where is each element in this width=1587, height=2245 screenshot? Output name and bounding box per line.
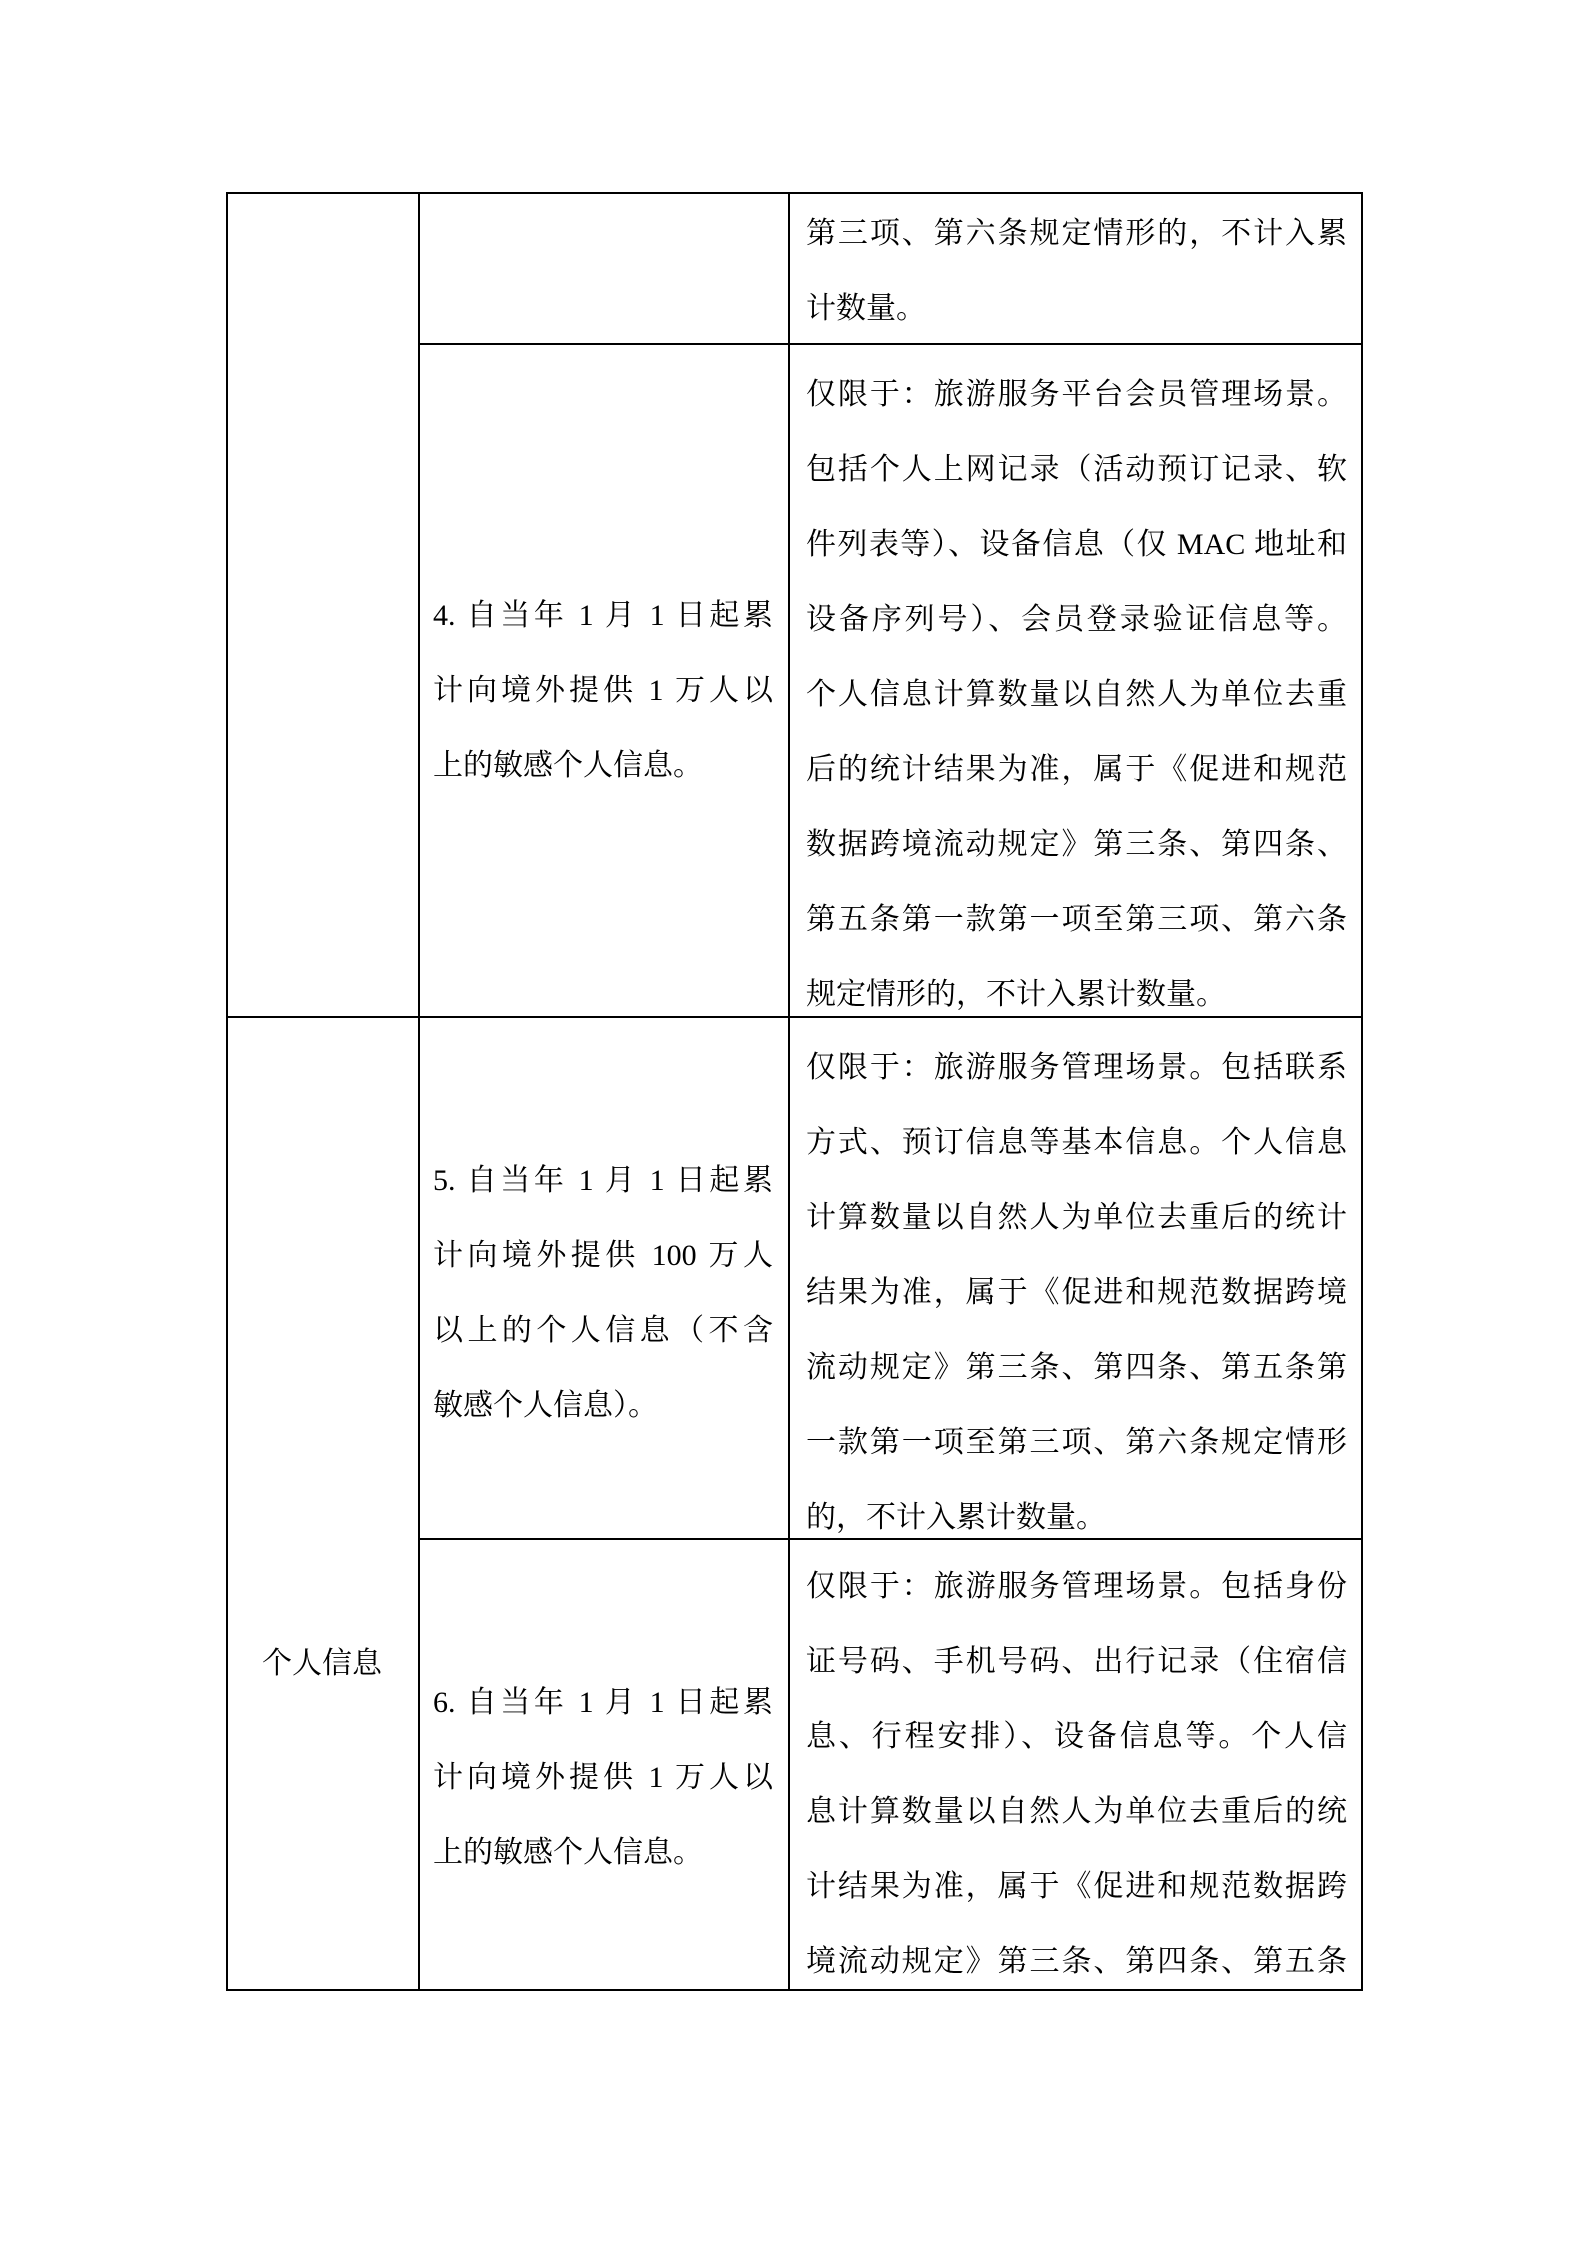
cell-row3-col3: 仅限于：旅游服务管理场景。包括联系 方式、预订信息等基本信息。个人信息 计算数量… [806, 1030, 1347, 1555]
cell-line: 仅限于：旅游服务管理场景。包括联系 [806, 1030, 1347, 1105]
cell-row2-col3: 仅限于：旅游服务平台会员管理场景。 包括个人上网记录（活动预订记录、软 件列表等… [806, 357, 1347, 1032]
cell-line: 第五条第一款第一项至第三项、第六条 [806, 882, 1347, 957]
cell-line: 计数量。 [806, 271, 1347, 346]
cell-line: 规定情形的，不计入累计数量。 [806, 957, 1347, 1032]
cell-line: 证号码、手机号码、出行记录（住宿信 [806, 1624, 1347, 1699]
cell-line: 后的统计结果为准，属于《促进和规范 [806, 732, 1347, 807]
cell-line: 包括个人上网记录（活动预订记录、软 [806, 432, 1347, 507]
cell-line: 方式、预订信息等基本信息。个人信息 [806, 1105, 1347, 1180]
cell-line: 结果为准，属于《促进和规范数据跨境 [806, 1255, 1347, 1330]
table-border-left [226, 192, 228, 1991]
cell-line: 计向境外提供 1 万人以 [433, 653, 773, 728]
cell-line: 计向境外提供 100 万人 [433, 1218, 773, 1293]
cell-line: 以上的个人信息（不含 [433, 1293, 773, 1368]
cell-line: 息计算数量以自然人为单位去重后的统 [806, 1774, 1347, 1849]
cell-row4-col3: 仅限于：旅游服务管理场景。包括身份 证号码、手机号码、出行记录（住宿信 息、行程… [806, 1549, 1347, 1999]
cell-line: 敏感个人信息）。 [433, 1368, 773, 1443]
cell-line: 数据跨境流动规定》第三条、第四条、 [806, 807, 1347, 882]
cell-line: 上的敏感个人信息。 [433, 1815, 773, 1890]
cell-line: 件列表等）、设备信息（仅 MAC 地址和 [806, 507, 1347, 582]
cell-line: 4. 自当年 1 月 1 日起累 [433, 578, 773, 653]
table-border-col2-col3 [788, 192, 790, 1991]
cell-line: 计向境外提供 1 万人以 [433, 1740, 773, 1815]
cell-line: 仅限于：旅游服务管理场景。包括身份 [806, 1549, 1347, 1624]
table-border-right [1361, 192, 1363, 1991]
cell-line: 的，不计入累计数量。 [806, 1480, 1347, 1555]
cell-line: 境流动规定》第三条、第四条、第五条 [806, 1924, 1347, 1999]
cell-line: 个人信息计算数量以自然人为单位去重 [806, 657, 1347, 732]
cell-line: 息、行程安排）、设备信息等。个人信 [806, 1699, 1347, 1774]
cell-line: 6. 自当年 1 月 1 日起累 [433, 1665, 773, 1740]
table-border-col1-col2 [418, 192, 420, 1991]
cell-line: 计算数量以自然人为单位去重后的统计 [806, 1180, 1347, 1255]
cell-line: 上的敏感个人信息。 [433, 728, 773, 803]
cell-line: 第三项、第六条规定情形的，不计入累 [806, 196, 1347, 271]
cell-line: 流动规定》第三条、第四条、第五条第 [806, 1330, 1347, 1405]
cell-row4-col2: 6. 自当年 1 月 1 日起累 计向境外提供 1 万人以 上的敏感个人信息。 [433, 1665, 773, 1890]
cell-row1-col3: 第三项、第六条规定情形的，不计入累 计数量。 [806, 196, 1347, 346]
cell-line: 仅限于：旅游服务平台会员管理场景。 [806, 357, 1347, 432]
table-border-top [226, 192, 1363, 194]
cell-line: 设备序列号）、会员登录验证信息等。 [806, 582, 1347, 657]
cell-line: 5. 自当年 1 月 1 日起累 [433, 1143, 773, 1218]
row-label: 个人信息 [226, 1626, 418, 1701]
cell-line: 一款第一项至第三项、第六条规定情形 [806, 1405, 1347, 1480]
row-label-cell: 个人信息 [226, 1626, 418, 1701]
document-page: 个人信息 第三项、第六条规定情形的，不计入累 计数量。 4. 自当年 1 月 1… [0, 0, 1587, 2245]
cell-row3-col2: 5. 自当年 1 月 1 日起累 计向境外提供 100 万人 以上的个人信息（不… [433, 1143, 773, 1443]
cell-line: 计结果为准，属于《促进和规范数据跨 [806, 1849, 1347, 1924]
cell-row2-col2: 4. 自当年 1 月 1 日起累 计向境外提供 1 万人以 上的敏感个人信息。 [433, 578, 773, 803]
